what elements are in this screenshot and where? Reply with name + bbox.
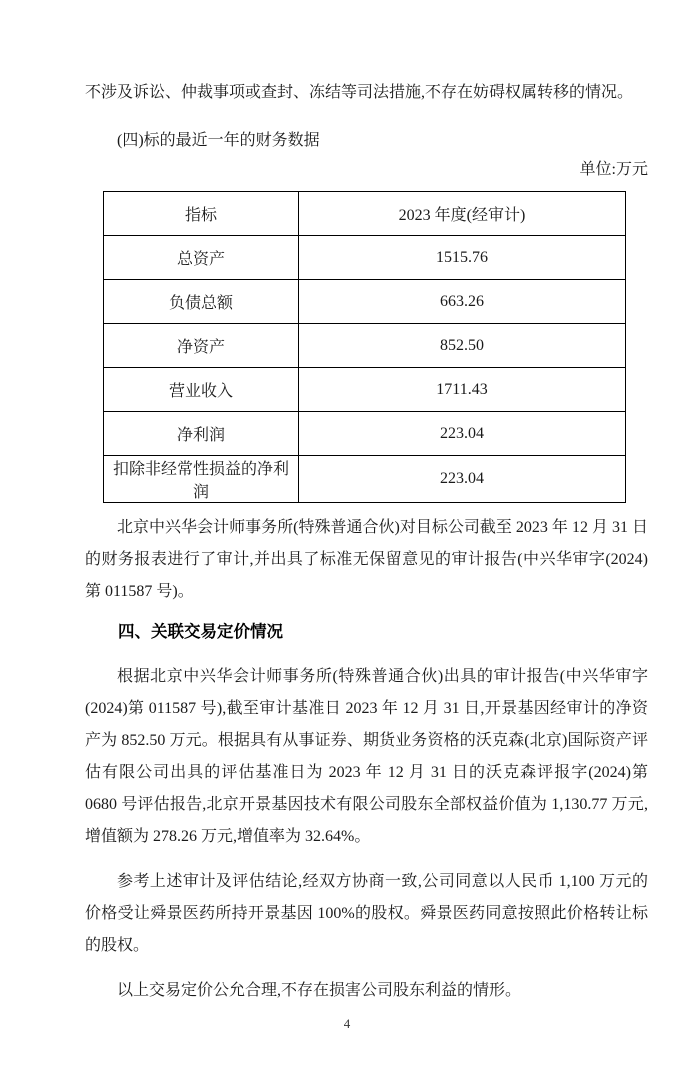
indicator-cell: 负债总额: [104, 280, 299, 324]
unit-label: 单位:万元: [85, 157, 648, 183]
conclusion-line: 以上交易定价公允合理,不存在损害公司股东利益的情形。: [85, 975, 648, 1007]
value-cell: 223.04: [299, 456, 626, 503]
agreement-paragraph: 参考上述审计及评估结论,经双方协商一致,公司同意以人民币 1,100 万元的价格…: [85, 866, 648, 962]
table-row: 总资产1515.76: [104, 236, 626, 280]
intro-line: 不涉及诉讼、仲裁事项或查封、冻结等司法措施,不存在妨碍权属转移的情况。: [85, 77, 648, 109]
indicator-cell: 扣除非经常性损益的净利润: [104, 456, 299, 503]
value-cell: 1711.43: [299, 368, 626, 412]
table-row: 净资产852.50: [104, 324, 626, 368]
table-body: 总资产1515.76负债总额663.26净资产852.50营业收入1711.43…: [104, 236, 626, 503]
value-cell: 852.50: [299, 324, 626, 368]
value-cell: 1515.76: [299, 236, 626, 280]
table-row: 营业收入1711.43: [104, 368, 626, 412]
indicator-cell: 总资产: [104, 236, 299, 280]
indicator-cell: 营业收入: [104, 368, 299, 412]
document-page: 不涉及诉讼、仲裁事项或查封、冻结等司法措施,不存在妨碍权属转移的情况。 (四)标…: [0, 0, 694, 1065]
indicator-cell: 净资产: [104, 324, 299, 368]
table-header-row: 指标 2023 年度(经审计): [104, 192, 626, 236]
table-header-year: 2023 年度(经审计): [299, 192, 626, 236]
pricing-paragraph: 根据北京中兴华会计师事务所(特殊普通合伙)出具的审计报告(中兴华审字(2024)…: [85, 661, 648, 853]
table-row: 净利润223.04: [104, 412, 626, 456]
financial-table: 指标 2023 年度(经审计) 总资产1515.76负债总额663.26净资产8…: [103, 191, 626, 503]
audit-paragraph: 北京中兴华会计师事务所(特殊普通合伙)对目标公司截至 2023 年 12 月 3…: [85, 512, 648, 608]
value-cell: 663.26: [299, 280, 626, 324]
table-row: 扣除非经常性损益的净利润223.04: [104, 456, 626, 503]
page-number: 4: [0, 1016, 694, 1032]
sub-heading-financial-data: (四)标的最近一年的财务数据: [85, 125, 648, 157]
section-heading-related-transaction-pricing: 四、关联交易定价情况: [85, 616, 648, 648]
table-header-indicator: 指标: [104, 192, 299, 236]
table-row: 负债总额663.26: [104, 280, 626, 324]
indicator-cell: 净利润: [104, 412, 299, 456]
value-cell: 223.04: [299, 412, 626, 456]
